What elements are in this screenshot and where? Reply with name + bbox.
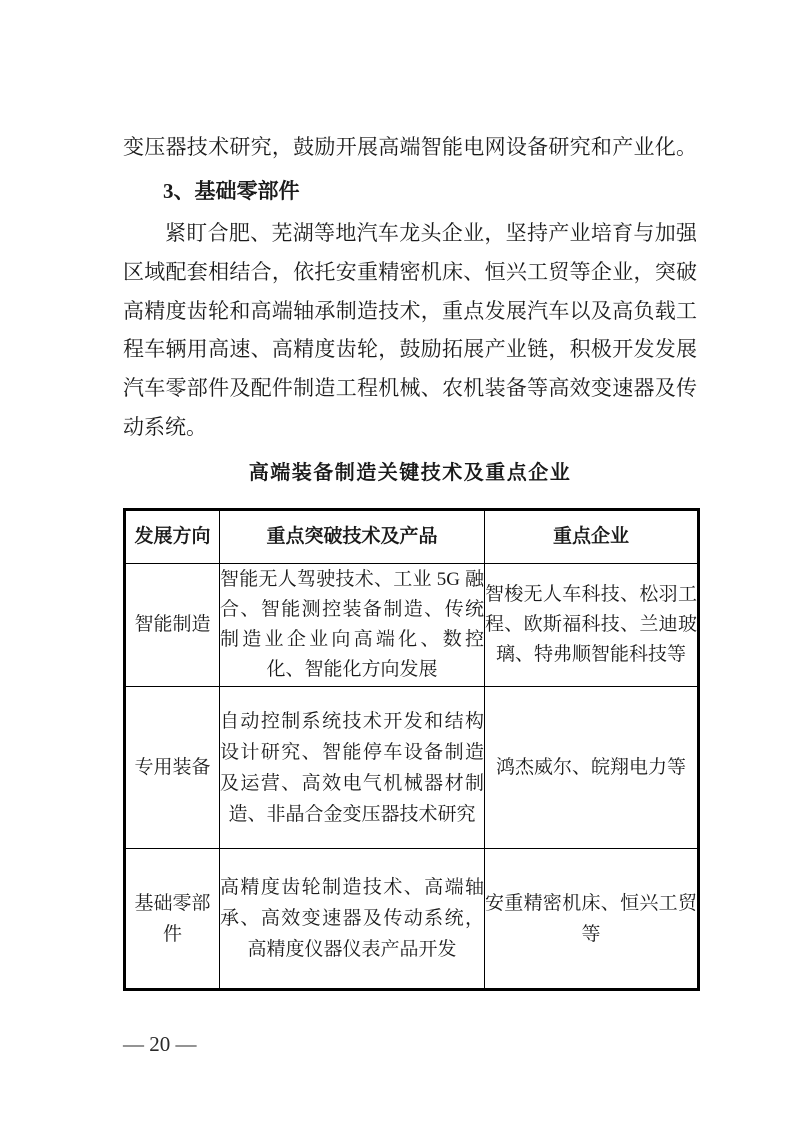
column-header-tech: 重点突破技术及产品 bbox=[220, 510, 485, 564]
companies-cell: 安重精密机床、恒兴工贸等 bbox=[485, 849, 699, 990]
key-tech-table: 发展方向 重点突破技术及产品 重点企业 智能制造 智能无人驾驶技术、工业 5G … bbox=[123, 508, 700, 991]
continuation-paragraph: 变压器技术研究，鼓励开展高端智能电网设备研究和产业化。 bbox=[123, 132, 697, 162]
table-header-row: 发展方向 重点突破技术及产品 重点企业 bbox=[125, 510, 699, 564]
table-row: 专用装备 自动控制系统技术开发和结构设计研究、智能停车设备制造及运营、高效电气机… bbox=[125, 687, 699, 849]
page-number: — 20 — bbox=[123, 1030, 197, 1058]
section-heading: 3、基础零部件 bbox=[123, 176, 737, 206]
column-header-direction: 发展方向 bbox=[125, 510, 220, 564]
tech-cell: 智能无人驾驶技术、工业 5G 融合、智能测控装备制造、传统制造业企业向高端化、数… bbox=[220, 564, 485, 687]
tech-cell: 高精度齿轮制造技术、高端轴承、高效变速器及传动系统，高精度仪器仪表产品开发 bbox=[220, 849, 485, 990]
table-container: 发展方向 重点突破技术及产品 重点企业 智能制造 智能无人驾驶技术、工业 5G … bbox=[123, 508, 697, 991]
companies-cell: 鸿杰威尔、皖翔电力等 bbox=[485, 687, 699, 849]
companies-cell: 智梭无人车科技、松羽工程、欧斯福科技、兰迪玻璃、特弗顺智能科技等 bbox=[485, 564, 699, 687]
column-header-companies: 重点企业 bbox=[485, 510, 699, 564]
direction-cell: 基础零部件 bbox=[125, 849, 220, 990]
body-paragraph: 紧盯合肥、芜湖等地汽车龙头企业，坚持产业培育与加强区域配套相结合，依托安重精密机… bbox=[123, 214, 697, 447]
table-title: 高端装备制造关键技术及重点企业 bbox=[123, 458, 697, 488]
direction-cell: 专用装备 bbox=[125, 687, 220, 849]
document-page: 变压器技术研究，鼓励开展高端智能电网设备研究和产业化。 3、基础零部件 紧盯合肥… bbox=[0, 0, 793, 1122]
tech-cell: 自动控制系统技术开发和结构设计研究、智能停车设备制造及运营、高效电气机械器材制造… bbox=[220, 687, 485, 849]
table-row: 智能制造 智能无人驾驶技术、工业 5G 融合、智能测控装备制造、传统制造业企业向… bbox=[125, 564, 699, 687]
direction-cell: 智能制造 bbox=[125, 564, 220, 687]
table-row: 基础零部件 高精度齿轮制造技术、高端轴承、高效变速器及传动系统，高精度仪器仪表产… bbox=[125, 849, 699, 990]
